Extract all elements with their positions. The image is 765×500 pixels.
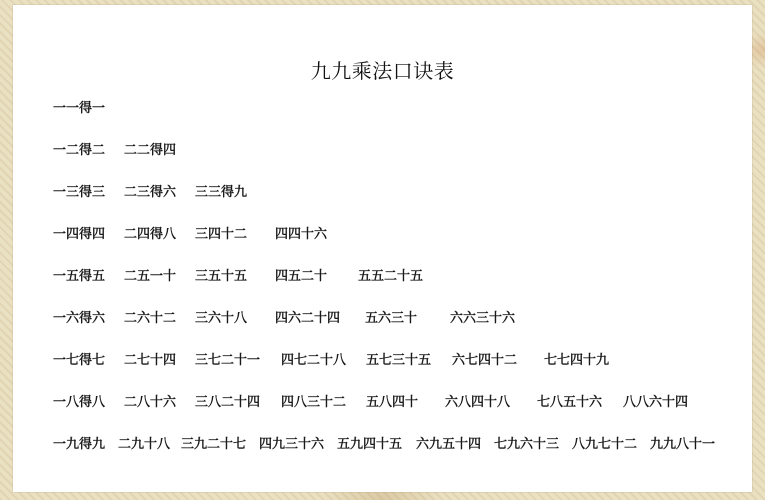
table-cell: 四八三十二 (281, 391, 346, 410)
table-cell: 四五二十 (275, 265, 327, 284)
table-cell: 一八得八 (53, 391, 105, 410)
table-cell: 四六二十四 (275, 307, 340, 326)
table-cell: 八九七十二 (572, 433, 637, 452)
table-cell: 五六三十 (365, 307, 417, 326)
page-title: 九九乘法口诀表 (13, 55, 752, 84)
table-cell: 二七十四 (124, 349, 176, 368)
table-cell: 七七四十九 (544, 349, 609, 368)
table-cell: 五八四十 (366, 391, 418, 410)
table-cell: 六六三十六 (450, 307, 515, 326)
table-cell: 六八四十八 (445, 391, 510, 410)
table-cell: 九九八十一 (650, 433, 715, 452)
table-cell: 三四十二 (195, 223, 247, 242)
table-cell: 二五一十 (124, 265, 176, 284)
table-cell: 一九得九 (53, 433, 105, 452)
table-cell: 三三得九 (195, 181, 247, 200)
table-cell: 一七得七 (53, 349, 105, 368)
table-cell: 一一得一 (53, 97, 105, 116)
table-cell: 五九四十五 (337, 433, 402, 452)
table-cell: 三九二十七 (181, 433, 246, 452)
table-cell: 三六十八 (195, 307, 247, 326)
table-cell: 二九十八 (118, 433, 170, 452)
table-cell: 二八十六 (124, 391, 176, 410)
table-cell: 一三得三 (53, 181, 105, 200)
table-cell: 五七三十五 (366, 349, 431, 368)
table-cell: 一四得四 (53, 223, 105, 242)
table-cell: 一二得二 (53, 139, 105, 158)
table-cell: 二四得八 (124, 223, 176, 242)
table-cell: 六九五十四 (416, 433, 481, 452)
table-cell: 六七四十二 (452, 349, 517, 368)
table-cell: 五五二十五 (358, 265, 423, 284)
table-cell: 四七二十八 (281, 349, 346, 368)
table-cell: 一六得六 (53, 307, 105, 326)
table-cell: 七八五十六 (537, 391, 602, 410)
table-cell: 一五得五 (53, 265, 105, 284)
table-cell: 三五十五 (195, 265, 247, 284)
table-cell: 二三得六 (124, 181, 176, 200)
table-cell: 四四十六 (275, 223, 327, 242)
table-cell: 二六十二 (124, 307, 176, 326)
table-cell: 三七二十一 (195, 349, 260, 368)
document-page: 九九乘法口诀表 一一得一 一二得二 二二得四 一三得三 二三得六 三三得九 一四… (13, 5, 752, 492)
table-cell: 七九六十三 (494, 433, 559, 452)
table-cell: 二二得四 (124, 139, 176, 158)
table-cell: 八八六十四 (623, 391, 688, 410)
table-cell: 四九三十六 (259, 433, 324, 452)
table-cell: 三八二十四 (195, 391, 260, 410)
